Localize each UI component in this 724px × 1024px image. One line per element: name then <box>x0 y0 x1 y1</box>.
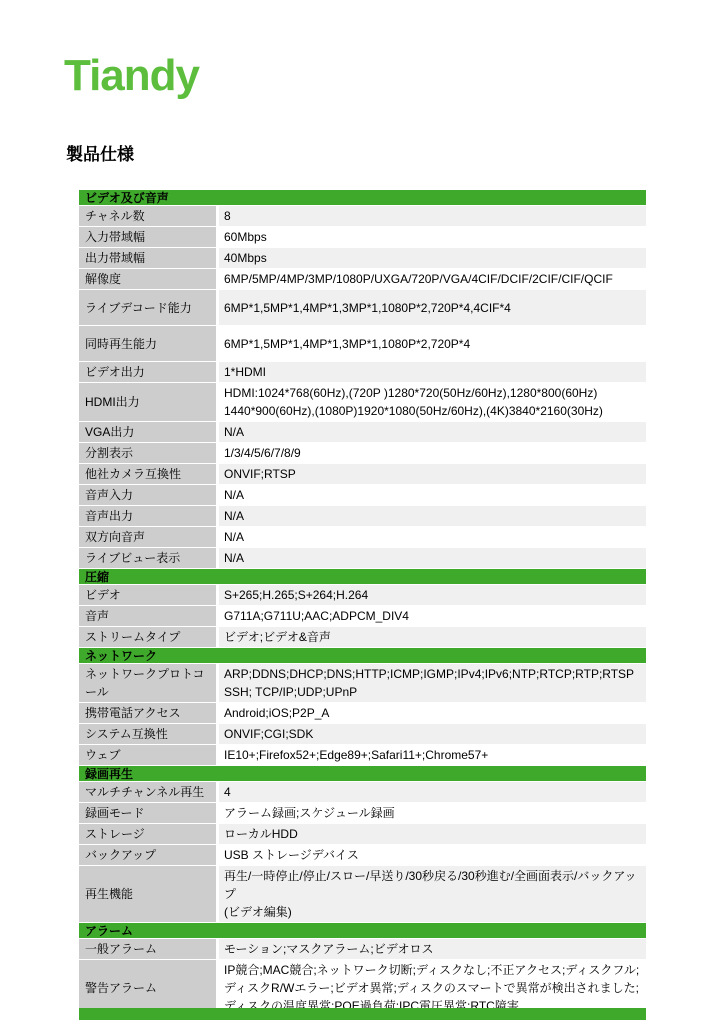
spec-label: ストレージ <box>79 824 219 844</box>
spec-label: 音声出力 <box>79 506 219 526</box>
spec-label: 入力帯域幅 <box>79 227 219 247</box>
tiandy-logo: Tiandy <box>64 52 199 100</box>
spec-label: ネットワークプロトコール <box>79 664 219 702</box>
spec-value: ARP;DDNS;DHCP;DNS;HTTP;ICMP;IGMP;IPv4;IP… <box>219 664 646 702</box>
spec-value: N/A <box>219 527 646 547</box>
spec-row: ネットワークプロトコールARP;DDNS;DHCP;DNS;HTTP;ICMP;… <box>79 664 646 703</box>
spec-row: マルチチャンネル再生4 <box>79 782 646 803</box>
section-header: ビデオ及び音声 <box>79 190 646 206</box>
spec-label: システム互換性 <box>79 724 219 744</box>
spec-row: 解像度6MP/5MP/4MP/3MP/1080P/UXGA/720P/VGA/4… <box>79 269 646 290</box>
spec-row: 携帯電話アクセスAndroid;iOS;P2P_A <box>79 703 646 724</box>
spec-value: Android;iOS;P2P_A <box>219 703 646 723</box>
spec-value: 6MP*1,5MP*1,4MP*1,3MP*1,1080P*2,720P*4,4… <box>219 290 646 325</box>
spec-value: USB ストレージデバイス <box>219 845 646 865</box>
section-header: 録画再生 <box>79 766 646 782</box>
spec-value: IE10+;Firefox52+;Edge89+;Safari11+;Chrom… <box>219 745 646 765</box>
spec-value: 40Mbps <box>219 248 646 268</box>
spec-row: ウェブIE10+;Firefox52+;Edge89+;Safari11+;Ch… <box>79 745 646 766</box>
spec-label: 同時再生能力 <box>79 326 219 361</box>
spec-label: 音声 <box>79 606 219 626</box>
spec-label: ライブデコード能力 <box>79 290 219 325</box>
spec-row: ライブデコード能力6MP*1,5MP*1,4MP*1,3MP*1,1080P*2… <box>79 290 646 326</box>
spec-row: 一般アラームモーション;マスクアラーム;ビデオロス <box>79 939 646 960</box>
spec-value: ビデオ;ビデオ&音声 <box>219 627 646 647</box>
spec-label: 録画モード <box>79 803 219 823</box>
spec-value: N/A <box>219 485 646 505</box>
spec-row: 音声入力N/A <box>79 485 646 506</box>
spec-label: 一般アラーム <box>79 939 219 959</box>
spec-value: 6MP*1,5MP*1,4MP*1,3MP*1,1080P*2,720P*4 <box>219 326 646 361</box>
spec-row: 入力帯域幅60Mbps <box>79 227 646 248</box>
spec-row: ストリームタイプビデオ;ビデオ&音声 <box>79 627 646 648</box>
spec-value: 60Mbps <box>219 227 646 247</box>
spec-row: 分割表示1/3/4/5/6/7/8/9 <box>79 443 646 464</box>
spec-row: バックアップUSB ストレージデバイス <box>79 845 646 866</box>
spec-value: N/A <box>219 548 646 568</box>
section-header: アラーム <box>79 923 646 939</box>
spec-label: 分割表示 <box>79 443 219 463</box>
spec-label: 双方向音声 <box>79 527 219 547</box>
spec-value: モーション;マスクアラーム;ビデオロス <box>219 939 646 959</box>
spec-row: 録画モードアラーム録画;スケジュール録画 <box>79 803 646 824</box>
spec-row: 音声出力N/A <box>79 506 646 527</box>
spec-value: S+265;H.265;S+264;H.264 <box>219 585 646 605</box>
spec-label: ビデオ <box>79 585 219 605</box>
truncated-next-section-bar <box>79 1008 646 1020</box>
spec-label: 音声入力 <box>79 485 219 505</box>
spec-value: アラーム録画;スケジュール録画 <box>219 803 646 823</box>
spec-row: 再生機能再生/一時停止/停止/スロー/早送り/30秒戻る/30秒進む/全画面表示… <box>79 866 646 923</box>
spec-row: HDMI出力HDMI:1024*768(60Hz),(720P )1280*72… <box>79 383 646 422</box>
spec-label: マルチチャンネル再生 <box>79 782 219 802</box>
spec-value: ONVIF;CGI;SDK <box>219 724 646 744</box>
spec-label: ライブビュー表示 <box>79 548 219 568</box>
section-header: 圧縮 <box>79 569 646 585</box>
section-header: ネットワーク <box>79 648 646 664</box>
spec-row: ビデオS+265;H.265;S+264;H.264 <box>79 585 646 606</box>
spec-row: システム互換性ONVIF;CGI;SDK <box>79 724 646 745</box>
spec-row: 出力帯域幅40Mbps <box>79 248 646 269</box>
spec-row: ビデオ出力1*HDMI <box>79 362 646 383</box>
spec-value: N/A <box>219 422 646 442</box>
spec-row: 同時再生能力6MP*1,5MP*1,4MP*1,3MP*1,1080P*2,72… <box>79 326 646 362</box>
spec-label: バックアップ <box>79 845 219 865</box>
spec-value: 1/3/4/5/6/7/8/9 <box>219 443 646 463</box>
spec-row: ストレージローカルHDD <box>79 824 646 845</box>
spec-label: ストリームタイプ <box>79 627 219 647</box>
spec-label: 再生機能 <box>79 866 219 922</box>
spec-label: ビデオ出力 <box>79 362 219 382</box>
spec-label: 解像度 <box>79 269 219 289</box>
spec-label: 携帯電話アクセス <box>79 703 219 723</box>
spec-label: 出力帯域幅 <box>79 248 219 268</box>
spec-value: 6MP/5MP/4MP/3MP/1080P/UXGA/720P/VGA/4CIF… <box>219 269 646 289</box>
spec-value: N/A <box>219 506 646 526</box>
spec-label: 他社カメラ互換性 <box>79 464 219 484</box>
spec-row: VGA出力N/A <box>79 422 646 443</box>
spec-value: ローカルHDD <box>219 824 646 844</box>
spec-value: 1*HDMI <box>219 362 646 382</box>
spec-row: ライブビュー表示N/A <box>79 548 646 569</box>
spec-table: ビデオ及び音声チャネル数8入力帯域幅60Mbps出力帯域幅40Mbps解像度6M… <box>79 190 646 1017</box>
spec-value: 8 <box>219 206 646 226</box>
spec-label: チャネル数 <box>79 206 219 226</box>
spec-label: ウェブ <box>79 745 219 765</box>
spec-label: VGA出力 <box>79 422 219 442</box>
spec-label: HDMI出力 <box>79 383 219 421</box>
spec-value: ONVIF;RTSP <box>219 464 646 484</box>
spec-value: HDMI:1024*768(60Hz),(720P )1280*720(50Hz… <box>219 383 646 421</box>
spec-value: G711A;G711U;AAC;ADPCM_DIV4 <box>219 606 646 626</box>
spec-row: 双方向音声N/A <box>79 527 646 548</box>
spec-row: 音声G711A;G711U;AAC;ADPCM_DIV4 <box>79 606 646 627</box>
spec-value: 再生/一時停止/停止/スロー/早送り/30秒戻る/30秒進む/全画面表示/バック… <box>219 866 646 922</box>
spec-row: 他社カメラ互換性ONVIF;RTSP <box>79 464 646 485</box>
page-title: 製品仕様 <box>66 140 134 165</box>
spec-row: チャネル数8 <box>79 206 646 227</box>
spec-value: 4 <box>219 782 646 802</box>
